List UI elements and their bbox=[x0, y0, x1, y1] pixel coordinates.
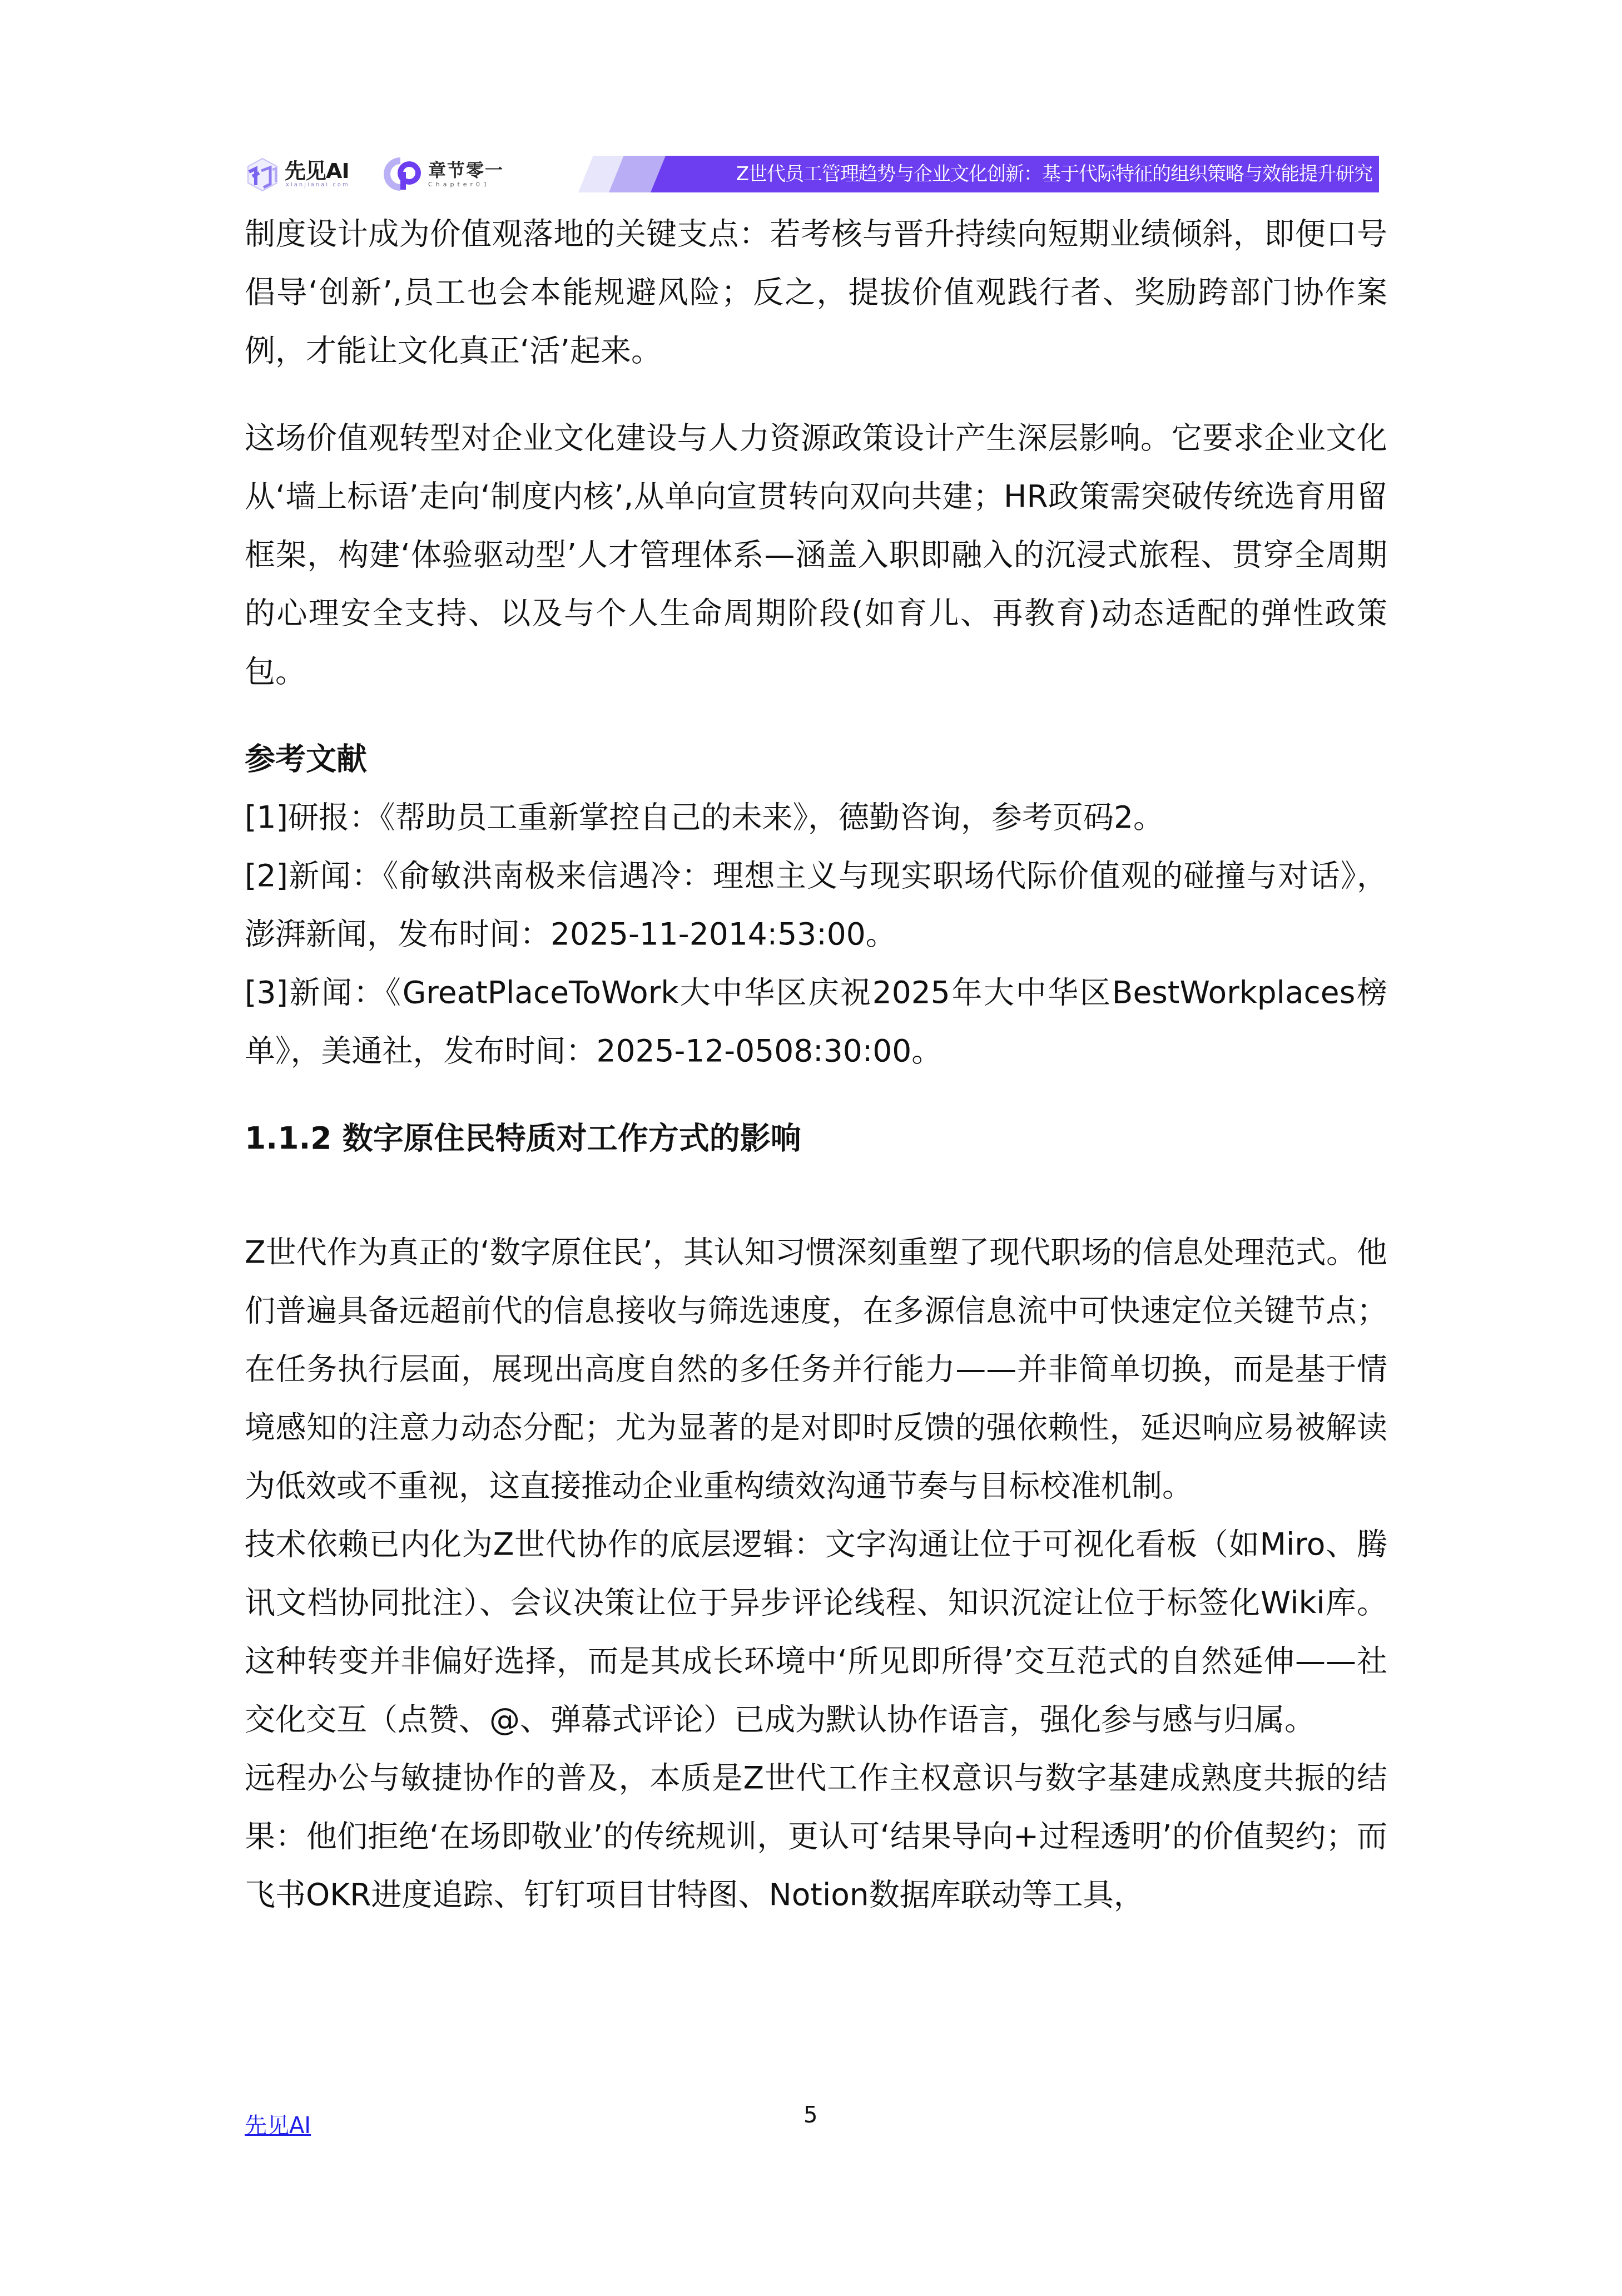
paragraph: 远程办公与敏捷协作的普及，本质是Z世代工作主权意识与数字基建成熟度共振的结果：他… bbox=[245, 1749, 1387, 1924]
reference-item: [1]研报：《帮助员工重新掌控自己的未来》，德勤咨询，参考页码2。 bbox=[245, 788, 1387, 847]
logo-secondary-name: 章节零一 bbox=[428, 160, 504, 181]
logo-primary-sub: xianjianai.com bbox=[286, 182, 350, 189]
header-banner: Z世代员工管理趋势与企业文化创新：基于代际特征的组织策略与效能提升研究 bbox=[578, 156, 1379, 192]
paragraph: 技术依赖已内化为Z世代协作的底层逻辑：文字沟通让位于可视化看板（如Miro、腾讯… bbox=[245, 1515, 1387, 1749]
chapter01-logo: 章节零一 Chapter01 bbox=[384, 155, 504, 194]
paragraph: 制度设计成为价值观落地的关键支点：若考核与晋升持续向短期业绩倾斜，即便口号倡导‘… bbox=[245, 205, 1387, 380]
chapter-cp-icon bbox=[384, 156, 425, 192]
footer-xianjian-link[interactable]: 先见AI bbox=[245, 2108, 311, 2140]
logo-primary-name: 先见AI bbox=[285, 160, 350, 182]
document-body: 制度设计成为价值观落地的关键支点：若考核与晋升持续向短期业绩倾斜，即便口号倡导‘… bbox=[245, 205, 1387, 1924]
xianjian-cube-icon bbox=[245, 156, 280, 192]
references-heading: 参考文献 bbox=[245, 730, 1387, 788]
logo-secondary-sub: Chapter01 bbox=[428, 181, 504, 189]
page-number: 5 bbox=[803, 2102, 817, 2128]
page-header: 先见AI xianjianai.com 章节零一 Chapter01 Z世代员工… bbox=[245, 155, 1385, 194]
reference-item: [2]新闻：《俞敏洪南极来信遇冷：理想主义与现实职场代际价值观的碰撞与对话》，澎… bbox=[245, 847, 1387, 963]
document-title: Z世代员工管理趋势与企业文化创新：基于代际特征的组织策略与效能提升研究 bbox=[736, 156, 1372, 192]
section-heading: 1.1.2 数字原住民特质对工作方式的影响 bbox=[245, 1109, 1387, 1167]
paragraph: Z世代作为真正的‘数字原住民’，其认知习惯深刻重塑了现代职场的信息处理范式。他们… bbox=[245, 1223, 1387, 1515]
reference-item: [3]新闻：《GreatPlaceToWork大中华区庆祝2025年大中华区Be… bbox=[245, 963, 1387, 1080]
xianjian-ai-logo: 先见AI xianjianai.com bbox=[245, 155, 350, 194]
paragraph: 这场价值观转型对企业文化建设与人力资源政策设计产生深层影响。它要求企业文化从‘墙… bbox=[245, 409, 1387, 701]
